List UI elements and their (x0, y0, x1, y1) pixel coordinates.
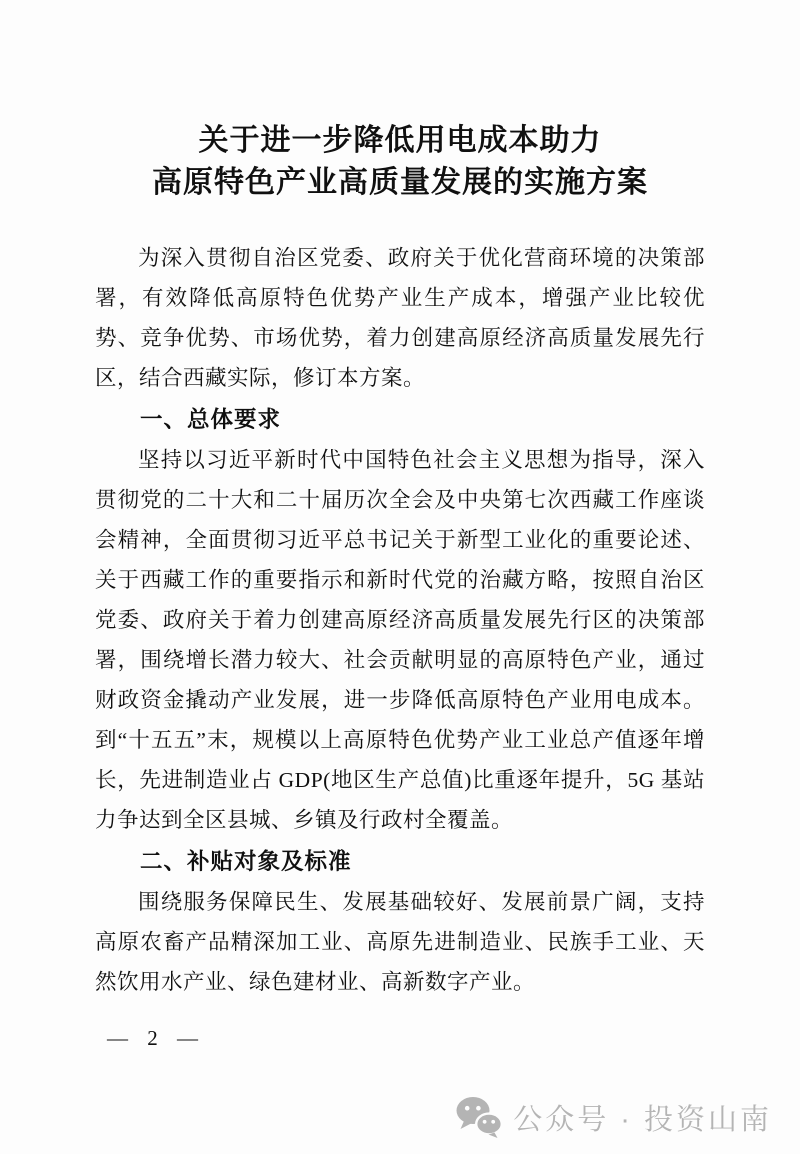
watermark-label: 公众号 · 投资山南 (513, 1097, 772, 1138)
watermark: 公众号 · 投资山南 (455, 1096, 772, 1138)
paragraph-intro: 为深入贯彻自治区党委、政府关于优化营商环境的决策部署，有效降低高原特色优势产业生… (95, 238, 705, 398)
wechat-icon (455, 1096, 503, 1138)
document-content: 关于进一步降低用电成本助力 高原特色产业高质量发展的实施方案 为深入贯彻自治区党… (0, 0, 800, 1051)
section-heading-subsidy-targets: 二、补贴对象及标准 (95, 842, 705, 882)
section-heading-overall-requirements: 一、总体要求 (95, 400, 705, 440)
document-page: 关于进一步降低用电成本助力 高原特色产业高质量发展的实施方案 为深入贯彻自治区党… (0, 0, 800, 1154)
paragraph-subsidy-targets: 围绕服务保障民生、发展基础较好、发展前景广阔，支持高原农畜产品精深加工业、高原先… (95, 882, 705, 1002)
document-title-line-2: 高原特色产业高质量发展的实施方案 (95, 162, 705, 204)
document-title-line-1: 关于进一步降低用电成本助力 (95, 120, 705, 162)
document-title: 关于进一步降低用电成本助力 高原特色产业高质量发展的实施方案 (95, 120, 705, 204)
paragraph-overall-requirements: 坚持以习近平新时代中国特色社会主义思想为指导，深入贯彻党的二十大和二十届历次全会… (95, 440, 705, 840)
page-number: — 2 — (95, 1026, 705, 1051)
